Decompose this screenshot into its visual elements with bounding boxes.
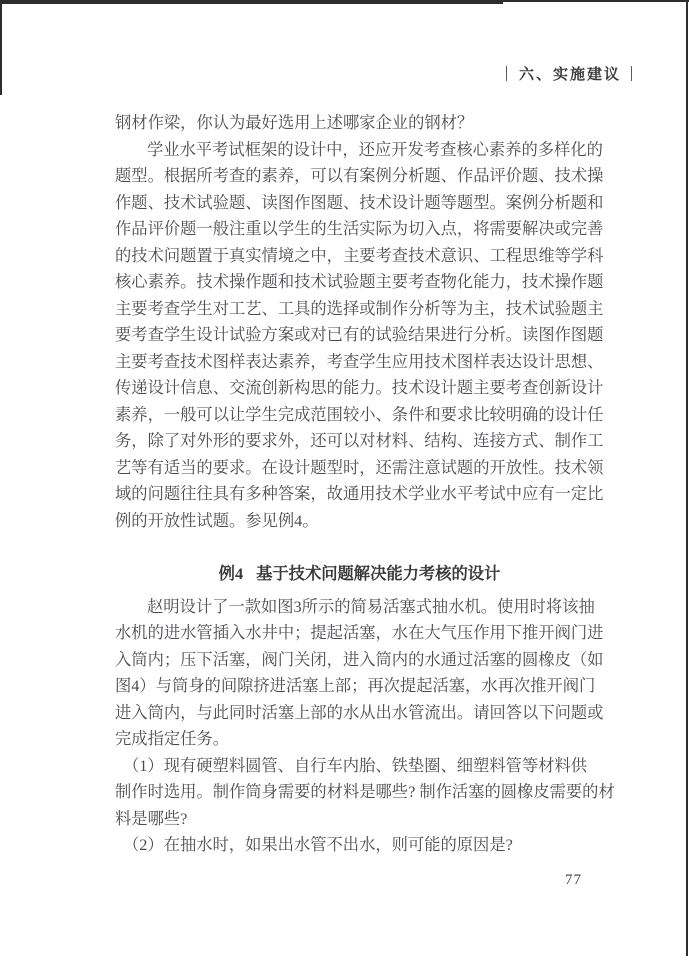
- text-line: （1）现有硬塑料圆管、自行车内胎、铁垫圈、细塑料管等材料供: [115, 753, 604, 780]
- example-number: 例4: [219, 564, 243, 583]
- text-line: （2）在抽水时，如果出水管不出水，则可能的原因是?: [115, 832, 604, 859]
- text-line: 域的问题往往具有多种答案，故通用技术学业水平考试中应有一定比: [115, 481, 604, 508]
- header-rule-left-icon: [506, 66, 507, 81]
- text-line: 水机的进水管插入水井中；提起活塞，水在大气压作用下推开阀门进: [115, 620, 604, 647]
- header-rule-right-icon: [631, 66, 632, 81]
- example-title: 基于技术问题解决能力考核的设计: [256, 564, 500, 583]
- page-edge-left: [0, 0, 2, 95]
- text-line: 传递设计信息、交流创新构思的能力。技术设计题主要考查创新设计: [115, 375, 604, 402]
- body-text: 钢材作梁，你认为最好选用上述哪家企业的钢材？ 学业水平考试框架的设计中，还应开发…: [115, 110, 604, 859]
- example-heading: 例4基于技术问题解决能力考核的设计: [115, 561, 604, 588]
- text-line: 图4）与筒身的间隙挤进活塞上部；再次提起活塞，水再次推开阀门: [115, 673, 604, 700]
- page-edge-right: [686, 0, 688, 956]
- text-line: 赵明设计了一款如图3所示的简易活塞式抽水机。使用时将该抽: [115, 594, 604, 621]
- text-line: 主要考查学生对工艺、工具的选择或制作分析等为主，技术试验题主: [115, 296, 604, 323]
- text-line: 的技术问题置于真实情境之中，主要考查技术意识、工程思维等学科: [115, 243, 604, 270]
- text-line: 题型。根据所考查的素养，可以有案例分析题、作品评价题、技术操: [115, 163, 604, 190]
- text-line: 制作时选用。制作筒身需要的材料是哪些? 制作活塞的圆橡皮需要的材: [115, 779, 604, 806]
- running-header: 六、实施建议: [506, 63, 632, 84]
- text-line: 务，除了对外形的要求外，还可以对材料、结构、连接方式、制作工: [115, 428, 604, 455]
- text-line: 艺等有适当的要求。在设计题型时，还需注意试题的开放性。技术领: [115, 455, 604, 482]
- text-line: 主要考查技术图样表达素养，考查学生应用技术图样表达设计思想、: [115, 349, 604, 376]
- text-line: 核心素养。技术操作题和技术试验题主要考查物化能力，技术操作题: [115, 269, 604, 296]
- text-line: 完成指定任务。: [115, 726, 604, 753]
- header-title: 六、实施建议: [519, 63, 621, 84]
- text-line: 例的开放性试题。参见例4。: [115, 508, 604, 535]
- text-line: 料是哪些?: [115, 806, 604, 833]
- document-page: 六、实施建议 钢材作梁，你认为最好选用上述哪家企业的钢材？ 学业水平考试框架的设…: [0, 0, 689, 965]
- text-line: 进入筒内，与此同时活塞上部的水从出水管流出。请回答以下问题或: [115, 700, 604, 727]
- page-number: 77: [565, 872, 582, 889]
- text-line: 入筒内；压下活塞，阀门关闭，进入筒内的水通过活塞的圆橡皮（如: [115, 647, 604, 674]
- text-line: 要考查学生设计试验方案或对已有的试验结果进行分析。读图作图题: [115, 322, 604, 349]
- text-line: 作品评价题一般注重以学生的生活实际为切入点，将需要解决或完善: [115, 216, 604, 243]
- text-line: 作题、技术试验题、读图作图题、技术设计题等题型。案例分析题和: [115, 190, 604, 217]
- page-edge-top-thick: [0, 0, 503, 4]
- text-line: 素养，一般可以让学生完成范围较小、条件和要求比较明确的设计任: [115, 402, 604, 429]
- text-line: 学业水平考试框架的设计中，还应开发考查核心素养的多样化的: [115, 137, 604, 164]
- text-line: 钢材作梁，你认为最好选用上述哪家企业的钢材？: [115, 110, 604, 137]
